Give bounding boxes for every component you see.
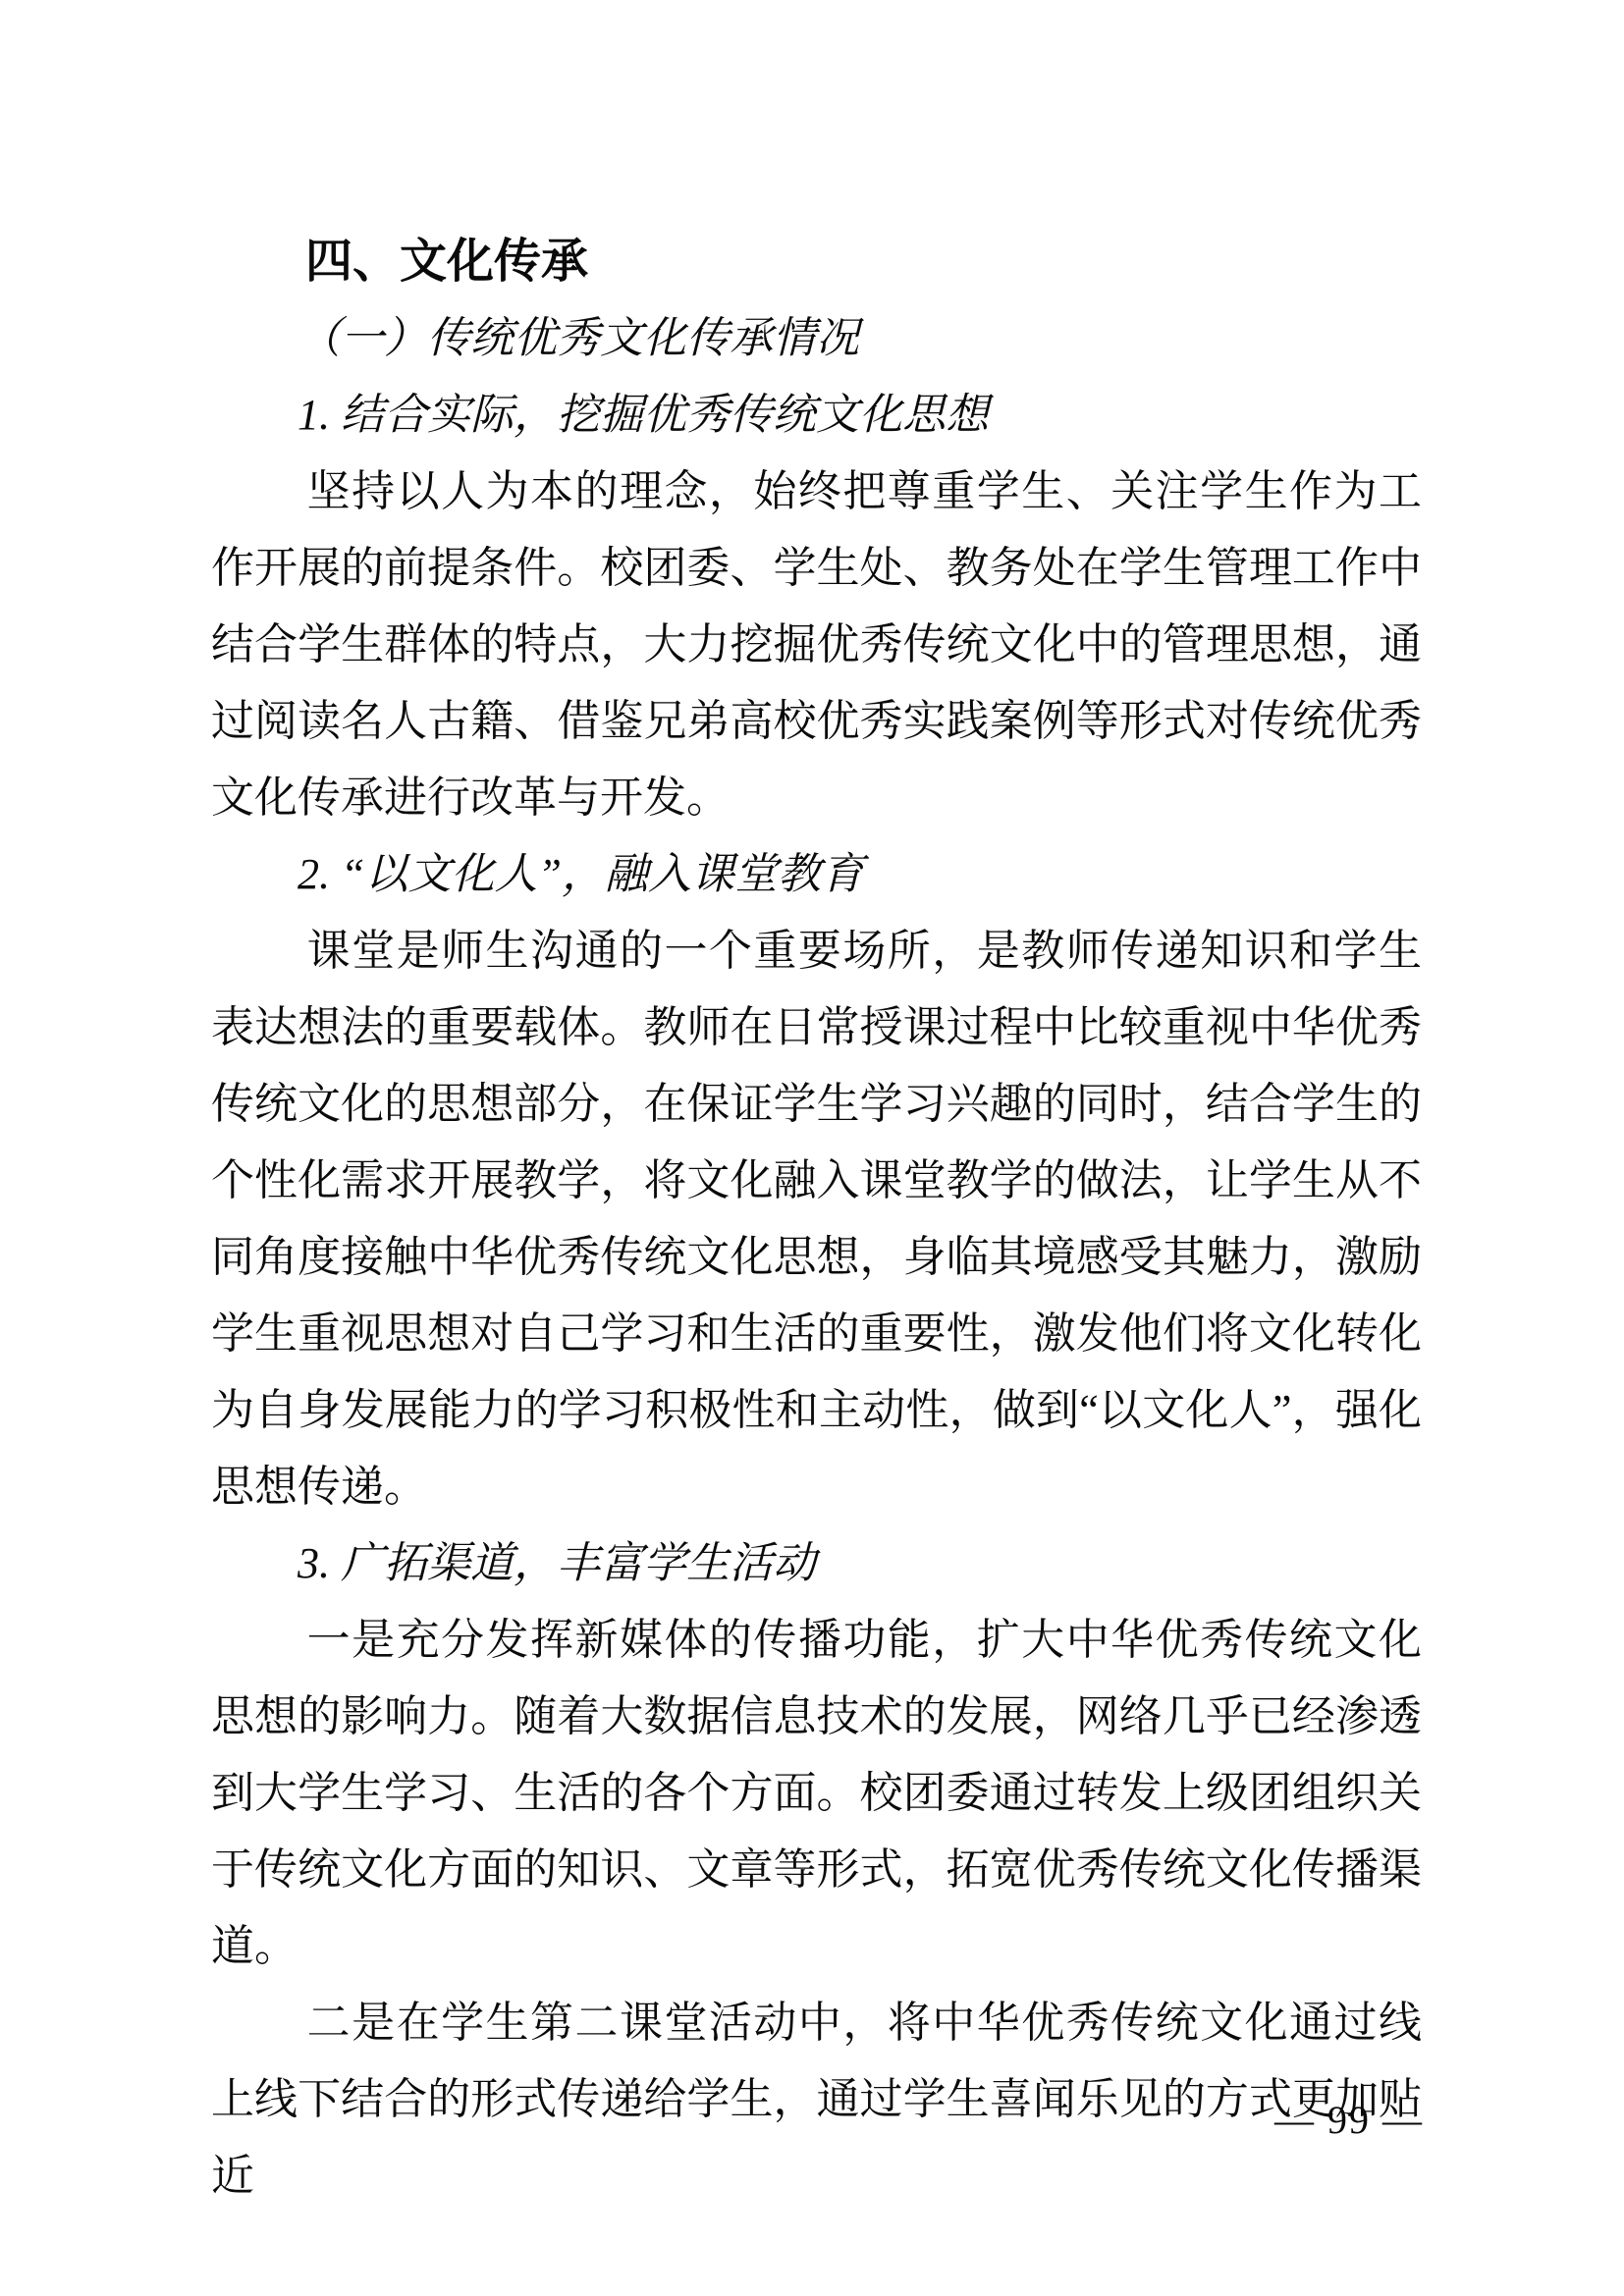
numbered-heading-2: 2. “以文化人”，融入课堂教育 [211, 836, 1422, 913]
paragraph-1: 坚持以人为本的理念，始终把尊重学生、关注学生作为工作开展的前提条件。校团委、学生… [211, 454, 1422, 836]
subsection-heading: （一）传统优秀文化传承情况 [211, 300, 1422, 377]
numbered-heading-1: 1. 结合实际，挖掘优秀传统文化思想 [211, 377, 1422, 454]
page-number: — 99 — [1274, 2097, 1424, 2144]
numbered-heading-3: 3. 广拓渠道，丰富学生活动 [211, 1525, 1422, 1602]
paragraph-2: 课堂是师生沟通的一个重要场所，是教师传递知识和学生表达想法的重要载体。教师在日常… [211, 913, 1422, 1525]
paragraph-3: 一是充分发挥新媒体的传播功能，扩大中华优秀传统文化思想的影响力。随着大数据信息技… [211, 1602, 1422, 1985]
paragraph-4: 二是在学生第二课堂活动中，将中华优秀传统文化通过线上线下结合的形式传递给学生，通… [211, 1985, 1422, 2215]
document-page: 四、文化传承 （一）传统优秀文化传承情况 1. 结合实际，挖掘优秀传统文化思想 … [0, 0, 1624, 2296]
chapter-heading: 四、文化传承 [211, 224, 1422, 300]
document-body: 四、文化传承 （一）传统优秀文化传承情况 1. 结合实际，挖掘优秀传统文化思想 … [211, 224, 1422, 2215]
